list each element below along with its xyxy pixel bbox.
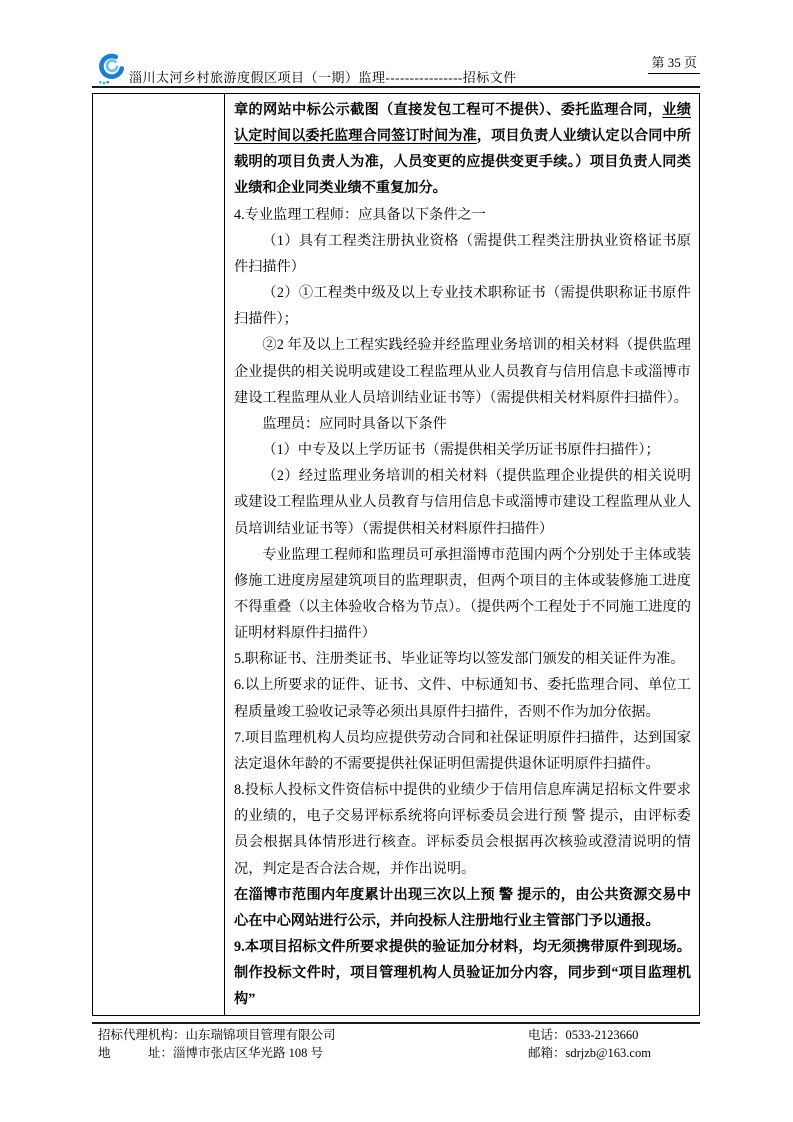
header-divider <box>92 86 700 88</box>
page-footer: 招标代理机构：山东瑞锦项目管理有限公司地 址：淄博市张店区华光路 108 号 电… <box>98 1027 698 1062</box>
company-logo-icon <box>96 52 126 86</box>
footer-address: 地 址：淄博市张店区华光路 108 号 <box>98 1046 323 1060</box>
paragraph: 9.本项目招标文件所要求提供的验证加分材料，均无须携带原件到现场。制作投标文件时… <box>234 934 691 1012</box>
paragraph: 8.投标人投标文件资信标中提供的业绩少于信用信息库满足招标文件要求的业绩的，电子… <box>234 777 691 882</box>
paragraph: 监理员：应同时具备以下条件 <box>234 411 691 437</box>
text-segment: （2）①工程类中级及以上专业技术职称证书（需提供职称证书原件扫描件）； <box>234 285 691 327</box>
text-segment: 在淄博市范围内年度累计出现三次以上预 警 提示的，由公共资源交易中心在中心网站进… <box>234 887 691 929</box>
page-number: 第 35 页 <box>648 52 700 74</box>
footer-email: 邮箱：sdrjzb@163.com <box>528 1046 651 1060</box>
text-segment: 7.项目监理机构人员均应提供劳动合同和社保证明原件扫描件，达到国家法定退休年龄的… <box>234 730 691 772</box>
footer-contact: 电话：0533-2123660邮箱：sdrjzb@163.com <box>528 1027 698 1062</box>
table-cell-content: 章的网站中标公示截图（直接发包工程可不提供）、委托监理合同，业绩认定时间以委托监… <box>225 94 699 1015</box>
text-segment: ②2 年及以上工程实践经验并经监理业务培训的相关材料（提供监理企业提供的相关说明… <box>234 337 691 405</box>
document-title: 淄川太河乡村旅游度假区项目（一期）监理----------------招标文件 <box>129 67 517 86</box>
footer-divider <box>92 1022 700 1024</box>
footer-agency: 招标代理机构：山东瑞锦项目管理有限公司 <box>98 1028 336 1042</box>
text-segment: （2）经过监理业务培训的相关材料（提供监理企业提供的相关说明或建设工程监理从业人… <box>234 468 691 536</box>
paragraph: 7.项目监理机构人员均应提供劳动合同和社保证明原件扫描件，达到国家法定退休年龄的… <box>234 725 691 777</box>
paragraph: 6.以上所要求的证件、证书、文件、中标通知书、委托监理合同、单位工程质量竣工验收… <box>234 672 691 724</box>
paragraph: ②2 年及以上工程实践经验并经监理业务培训的相关材料（提供监理企业提供的相关说明… <box>234 332 691 410</box>
text-segment: （1）具有工程类注册执业资格（需提供工程类注册执业资格证书原件扫描件） <box>234 233 691 275</box>
paragraph: （2）经过监理业务培训的相关材料（提供监理企业提供的相关说明或建设工程监理从业人… <box>234 463 691 541</box>
text-segment: 4.专业监理工程师：应具备以下条件之一 <box>234 207 486 223</box>
text-segment: （1）中专及以上学历证书（需提供相关学历证书原件扫描件）； <box>262 442 659 458</box>
paragraph: 4.专业监理工程师：应具备以下条件之一 <box>234 202 691 228</box>
text-segment: 专业监理工程师和监理员可承担淄博市范围内两个分别处于主体或装修施工进度房屋建筑项… <box>234 547 691 641</box>
paragraph: 专业监理工程师和监理员可承担淄博市范围内两个分别处于主体或装修施工进度房屋建筑项… <box>234 542 691 647</box>
footer-agency-address: 招标代理机构：山东瑞锦项目管理有限公司地 址：淄博市张店区华光路 108 号 <box>98 1027 336 1062</box>
document-page: 淄川太河乡村旅游度假区项目（一期）监理----------------招标文件 … <box>0 0 793 1122</box>
paragraph: 5.职称证书、注册类证书、毕业证等均以签发部门颁发的相关证件为准。 <box>234 646 691 672</box>
text-segment: 章的网站中标公示截图（直接发包工程可不提供）、委托监理合同， <box>234 102 662 118</box>
page-header: 淄川太河乡村旅游度假区项目（一期）监理----------------招标文件 … <box>96 52 700 86</box>
text-segment: 5.职称证书、注册类证书、毕业证等均以签发部门颁发的相关证件为准。 <box>234 651 684 667</box>
paragraph: 章的网站中标公示截图（直接发包工程可不提供）、委托监理合同，业绩认定时间以委托监… <box>234 97 691 202</box>
text-segment: 9.本项目招标文件所要求提供的验证加分材料，均无须携带原件到现场。制作投标文件时… <box>234 939 691 1007</box>
footer-phone: 电话：0533-2123660 <box>528 1028 638 1042</box>
text-segment: 监理员：应同时具备以下条件 <box>262 416 446 432</box>
text-segment: 8.投标人投标文件资信标中提供的业绩少于信用信息库满足招标文件要求的业绩的，电子… <box>234 782 691 876</box>
paragraph: （2）①工程类中级及以上专业技术职称证书（需提供职称证书原件扫描件）； <box>234 280 691 332</box>
content-table: 章的网站中标公示截图（直接发包工程可不提供）、委托监理合同，业绩认定时间以委托监… <box>92 93 700 1016</box>
table-cell-empty <box>93 94 225 1015</box>
paragraph: 在淄博市范围内年度累计出现三次以上预 警 提示的，由公共资源交易中心在中心网站进… <box>234 882 691 934</box>
text-segment: 6.以上所要求的证件、证书、文件、中标通知书、委托监理合同、单位工程质量竣工验收… <box>234 677 691 719</box>
paragraph: （1）具有工程类注册执业资格（需提供工程类注册执业资格证书原件扫描件） <box>234 228 691 280</box>
paragraph: （1）中专及以上学历证书（需提供相关学历证书原件扫描件）； <box>234 437 691 463</box>
